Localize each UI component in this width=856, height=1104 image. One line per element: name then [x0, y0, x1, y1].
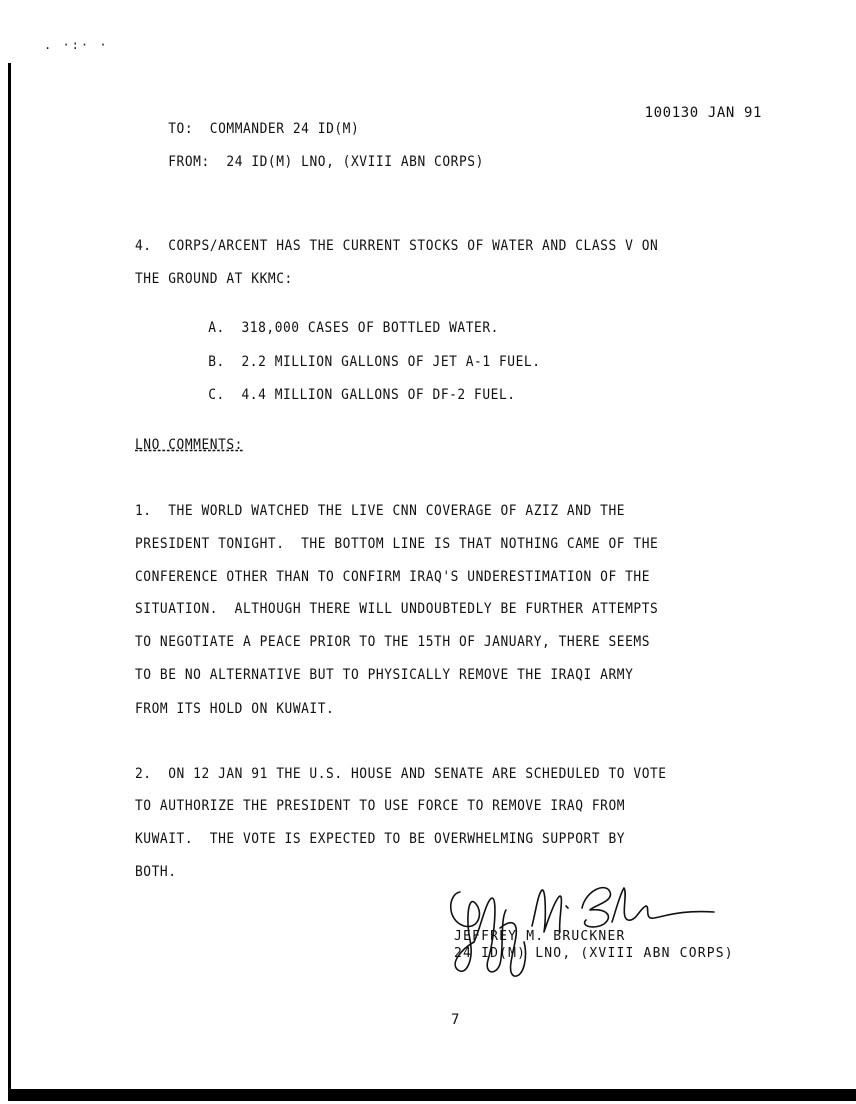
- item-letter: C.: [208, 387, 225, 403]
- stock-item-c: C. 4.4 MILLION GALLONS OF DF-2 FUEL.: [175, 371, 516, 419]
- left-edge-border: [8, 63, 11, 1099]
- comments-heading: LNO COMMENTS:: [135, 437, 243, 453]
- signer-title: 24 ID(M) LNO, (XVIII ABN CORPS): [454, 946, 734, 961]
- para1-line-7: FROM ITS HOLD ON KUWAIT.: [135, 701, 334, 717]
- to-value: COMMANDER 24 ID(M): [210, 121, 360, 137]
- bottom-edge-border: [8, 1089, 856, 1101]
- date-time-group: 100130 JAN 91: [645, 105, 762, 121]
- from-line: FROM: 24 ID(M) LNO, (XVIII ABN CORPS): [135, 138, 484, 186]
- para2-line-2: TO AUTHORIZE THE PRESIDENT TO USE FORCE …: [135, 798, 625, 814]
- para1-line-4: SITUATION. ALTHOUGH THERE WILL UNDOUBTED…: [135, 601, 658, 617]
- para1-line-3: CONFERENCE OTHER THAN TO CONFIRM IRAQ'S …: [135, 569, 650, 585]
- scan-specks: . ·:· ·: [44, 38, 109, 52]
- section4-line-2: THE GROUND AT KKMC:: [135, 271, 293, 287]
- para1-line-5: TO NEGOTIATE A PEACE PRIOR TO THE 15TH O…: [135, 634, 650, 650]
- para1-line-2: PRESIDENT TONIGHT. THE BOTTOM LINE IS TH…: [135, 536, 658, 552]
- para2-line-1: 2. ON 12 JAN 91 THE U.S. HOUSE AND SENAT…: [135, 766, 667, 782]
- from-value: 24 ID(M) LNO, (XVIII ABN CORPS): [226, 154, 483, 170]
- para1-line-6: TO BE NO ALTERNATIVE BUT TO PHYSICALLY R…: [135, 667, 633, 683]
- signer-name: JEFFREY M. BRUCKNER: [454, 929, 626, 944]
- page-number: 7: [451, 1012, 459, 1028]
- para2-line-3: KUWAIT. THE VOTE IS EXPECTED TO BE OVERW…: [135, 831, 625, 847]
- to-label: TO:: [168, 121, 193, 137]
- item-text: 318,000 CASES OF BOTTLED WATER.: [241, 320, 498, 336]
- item-text: 4.4 MILLION GALLONS OF DF-2 FUEL.: [241, 387, 515, 403]
- from-label: FROM:: [168, 154, 210, 170]
- item-text: 2.2 MILLION GALLONS OF JET A-1 FUEL.: [241, 354, 540, 370]
- item-letter: B.: [208, 354, 225, 370]
- section4-line-1: 4. CORPS/ARCENT HAS THE CURRENT STOCKS O…: [135, 238, 658, 254]
- item-letter: A.: [208, 320, 225, 336]
- para2-line-4: BOTH.: [135, 864, 177, 880]
- para1-line-1: 1. THE WORLD WATCHED THE LIVE CNN COVERA…: [135, 503, 625, 519]
- document-page: . ·:· · TO: COMMANDER 24 ID(M) 100130 JA…: [0, 0, 856, 1104]
- signature-block: JEFFREY M. BRUCKNER 24 ID(M) LNO, (XVIII…: [440, 880, 780, 990]
